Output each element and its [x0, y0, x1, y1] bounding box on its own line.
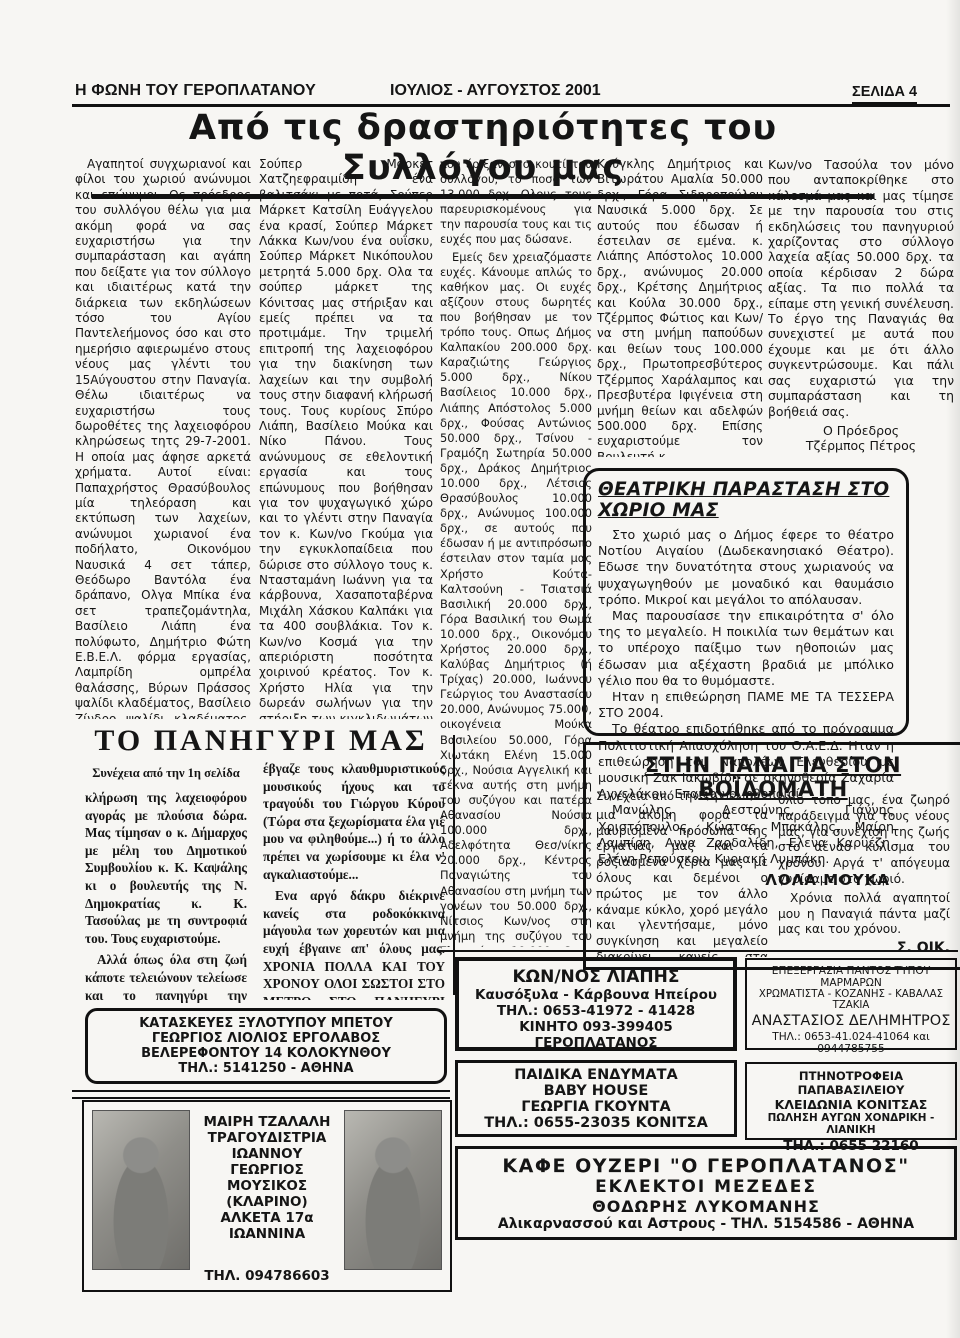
paragraph: Ηταν η επιθεώρηση ΠΑΜΕ ΜΕ ΤΑ ΤΕΣΣΕΡΑ ΣΤΟ…	[598, 689, 894, 721]
ad-title: ΚΩΝ/ΝΟΣ ΛΙΑΠΗΣ	[459, 967, 733, 987]
festival-left-column: Συνέχεια από την 1η σελίδα κλήρωση της λ…	[85, 766, 247, 1005]
issue-date: ΙΟΥΛΙΟΣ - ΑΥΓΟΥΣΤΟΣ 2001	[390, 82, 601, 100]
theatre-section-box: ΘΕΑΤΡΙΚΗ ΠΑΡΑΣΤΑΣΗ ΣΤΟ ΧΩΡΙΟ ΜΑΣ Στο χωρ…	[583, 468, 909, 736]
continuation-label: Συνέχεια από την 1η σελίδα	[596, 789, 768, 805]
horizontal-divider	[437, 950, 958, 952]
ad-line: ΓΕΩΡΓΙΑ ΓΚΟΥΝΤΑ	[458, 1099, 734, 1115]
festival-section-title: ΤΟ ΠΑΝΗΓΥΡΙ ΜΑΣ	[75, 724, 447, 758]
header-rule	[72, 104, 950, 107]
singer-photo	[92, 1110, 190, 1270]
ad-title: ΕΠΕΞΕΡΓΑΣΙΑ ΠΑΝΤΟΣ ΤΥΠΟΥ ΜΑΡΜΑΡΩΝ	[747, 965, 955, 989]
ad-phone: ΤΗΛ.: 0653-41.024-41064 και 0944785755	[747, 1031, 955, 1055]
paragraph: Χρόνια πολλά αγαπητοί μου η Παναγιά πάντ…	[778, 891, 950, 938]
ad-name: ΘΟΔΩΡΗΣ ΛΥΚΟΜΑΝΗΣ	[458, 1197, 954, 1216]
ad-marble: ΕΠΕΞΕΡΓΑΣΙΑ ΠΑΝΤΟΣ ΤΥΠΟΥ ΜΑΡΜΑΡΩΝ ΧΡΩΜΑΤ…	[745, 958, 957, 1050]
paragraph: Κων/νο Τασούλα τον μόνο που ανταποκρίθηκ…	[768, 157, 954, 419]
ad-line: ΙΩΑΝΝΙΝΑ	[194, 1226, 340, 1242]
paragraph: που έριξαν στο κουτί του συλλόγου, το πο…	[440, 157, 592, 248]
panagia-section-box: ΣΤΗΝ ΠΑΝΑΓΙΑ ΣΤΟΝ ΒΟΪΔΟΜΑΤΗ Συνέχεια από…	[583, 742, 960, 970]
ad-title: ΚΑΦΕ ΟΥΖΕΡΙ "Ο ΓΕΡΟΠΛΑΤΑΝΟΣ"	[458, 1155, 954, 1177]
ad-title: ΠΤΗΝΟΤΡΟΦΕΙΑ ΠΑΠΑΒΑΣΙΛΕΙΟΥ	[747, 1069, 955, 1097]
ad-phone: Αλικαρνασσού και Αστρους - ΤΗΛ. 5154586 …	[458, 1216, 954, 1232]
ad-line: ΠΩΛΗΣΗ ΑΥΓΩΝ ΧΟΝΔΡΙΚΗ - ΛΙΑΝΙΚΗ	[747, 1112, 955, 1136]
article-column-5: Κων/νο Τασούλα τον μόνο που ανταποκρίθηκ…	[768, 157, 954, 457]
ad-phone: ΚΙΝΗΤΟ 093-399405	[459, 1019, 733, 1035]
ad-line: ΤΖΑΚΙΑ	[747, 1000, 955, 1011]
ad-line: ΜΟΥΣΙΚΟΣ	[194, 1178, 340, 1194]
ad-singer: ΜΑΙΡΗ ΤΖΑΛΑΛΗ ΤΡΑΓΟΥΔΙΣΤΡΙΑ ΙΩΑΝΝΟΥ ΓΕΩΡ…	[82, 1100, 452, 1292]
ad-line: ΙΩΑΝΝΟΥ ΓΕΩΡΓΙΟΣ	[194, 1146, 340, 1178]
ad-poultry: ΠΤΗΝΟΤΡΟΦΕΙΑ ΠΑΠΑΒΑΣΙΛΕΙΟΥ ΚΛΕΙΔΩΝΙΑ ΚΟΝ…	[745, 1062, 957, 1140]
ad-title: ΠΑΙΔΙΚΑ ΕΝΔΥΜΑΤΑ	[458, 1067, 734, 1083]
paragraph: Αγαπητοί συγχωριανοί και φίλοι του χωριο…	[75, 157, 251, 719]
paragraph: Ενα αργό δάκρυ διέκρινε κανείς στα ροδοκ…	[263, 887, 445, 1000]
ad-line: ΤΗΛ.: 5141250 - ΑΘΗΝΑ	[88, 1061, 444, 1076]
article-column-2: Σούπερ Μάρκετ Χατζηεφραιμίδη ένα βαλιτσά…	[259, 157, 433, 719]
ad-line: BABY HOUSE	[458, 1083, 734, 1099]
ad-line: ΒΕΛΕΡΕΦΟΝΤΟΥ 14 ΚΟΛΟΚΥΝΘΟΥ	[88, 1046, 444, 1061]
ad-line: ΜΑΙΡΗ ΤΖΑΛΑΛΗ	[194, 1114, 340, 1130]
ad-line: ΚΛΕΙΔΩΝΙΑ ΚΟΝΙΤΣΑΣ	[747, 1097, 955, 1112]
ad-phone: ΤΗΛ.: 0655-23035 ΚΟΝΙΤΣΑ	[458, 1115, 734, 1131]
continuation-label: Συνέχεια από την 1η σελίδα	[85, 766, 247, 781]
ad-liapis: ΚΩΝ/ΝΟΣ ΛΙΑΠΗΣ Καυσόξυλα - Κάρβουνα Ηπεί…	[455, 957, 737, 1051]
paragraph: κλήρωση της λαχειοφόρου αγοράς με πλούσι…	[85, 789, 247, 947]
ad-name: ΑΝΑΣΤΑΣΙΟΣ ΔΕΛΗΜΗΤΡΟΣ	[747, 1013, 955, 1029]
signature-name: Τζέρμπος Πέτρος	[768, 438, 954, 453]
musician-photo	[344, 1110, 442, 1270]
ad-line: ΚΑΤΑΣΚΕΥΕΣ ΞΥΛΟΤΥΠΟΥ ΜΠΕΤΟΥ	[88, 1016, 444, 1031]
ad-line: (ΚΛΑΡΙΝΟ)	[194, 1194, 340, 1210]
ad-line: ΧΡΩΜΑΤΙΣΤΑ - ΚΟΖΑΝΗΣ - ΚΑΒΑΛΑΣ	[747, 989, 955, 1000]
paragraph: Σούπερ Μάρκετ Χατζηεφραιμίδη ένα βαλιτσά…	[259, 157, 433, 719]
paragraph: Εμείς δεν χρειαζόμαστε ευχές. Κάνουμε απ…	[440, 250, 592, 947]
panagia-right-column: θλιο τόπο μας, ένα ζωηρό παράδειγμα για …	[778, 793, 950, 957]
ad-line: ΕΚΛΕΚΤΟΙ ΜΕΖΕΔΕΣ	[458, 1177, 954, 1197]
ad-line: ΑΛΚΕΤΑ 17α	[194, 1210, 340, 1226]
paragraph: Κούγκλης Δημήτριος και Βιτωράτου Αμαλία …	[597, 157, 763, 457]
signature-role: Ο Πρόεδρος	[768, 423, 954, 438]
article-column-4: Κούγκλης Δημήτριος και Βιτωράτου Αμαλία …	[597, 157, 763, 457]
ad-baby-house: ΠΑΙΔΙΚΑ ΕΝΔΥΜΑΤΑ BABY HOUSE ΓΕΩΡΓΙΑ ΓΚΟΥ…	[455, 1060, 737, 1137]
festival-right-column: έβγαζε τους κλαυθμυριστικούς μουσικούς ή…	[263, 760, 445, 1000]
vertical-divider	[453, 735, 455, 995]
double-rule	[72, 1090, 450, 1099]
paragraph: θλιο τόπο μας, ένα ζωηρό παράδειγμα για …	[778, 793, 950, 888]
ad-woodwork: ΚΑΤΑΣΚΕΥΕΣ ΞΥΛΟΤΥΠΟΥ ΜΠΕΤΟΥ ΓΕΩΡΓΙΟΣ ΛΙΟ…	[85, 1008, 447, 1084]
page-number-label: ΣΕΛΙΔΑ 4	[852, 84, 917, 104]
ad-line: ΓΕΩΡΓΙΟΣ ΛΙΟΛΙΟΣ ΕΡΓΟΛΑΒΟΣ	[88, 1031, 444, 1046]
newspaper-page: Η ΦΩΝΗ ΤΟΥ ΓΕΡΟΠΛΑΤΑΝΟΥ ΙΟΥΛΙΟΣ - ΑΥΓΟΥΣ…	[0, 0, 960, 1338]
article-column-3: που έριξαν στο κουτί του συλλόγου, το πο…	[440, 157, 592, 947]
ad-phone: ΤΗΛ.: 0653-41972 - 41428	[459, 1003, 733, 1019]
ad-phone: ΤΗΛ. 094786603	[144, 1268, 390, 1284]
theatre-section-title: ΘΕΑΤΡΙΚΗ ΠΑΡΑΣΤΑΣΗ ΣΤΟ ΧΩΡΙΟ ΜΑΣ	[598, 479, 894, 521]
paragraph: Αλλά όπως όλα στη ζωή κάποτε τελειώνουν …	[85, 951, 247, 1005]
article-column-1: Αγαπητοί συγχωριανοί και φίλοι του χωριο…	[75, 157, 251, 719]
newspaper-masthead: Η ΦΩΝΗ ΤΟΥ ΓΕΡΟΠΛΑΤΑΝΟΥ	[75, 82, 316, 100]
ad-cafe: ΚΑΦΕ ΟΥΖΕΡΙ "Ο ΓΕΡΟΠΛΑΤΑΝΟΣ" ΕΚΛΕΚΤΟΙ ΜΕ…	[455, 1146, 957, 1240]
panagia-left-column: Συνέχεια από την 1η σελίδα μια ακόμη φορ…	[596, 789, 768, 957]
ad-line: ΤΡΑΓΟΥΔΙΣΤΡΙΑ	[194, 1130, 340, 1146]
paragraph: μια ακόμη φορά τα μαυρισμένα πρόσωπα της…	[596, 808, 768, 957]
paragraph: Στο χωριό μας ο Δήμος έφερε το θέατρο Νο…	[598, 527, 894, 608]
ad-line: Καυσόξυλα - Κάρβουνα Ηπείρου	[459, 987, 733, 1003]
paragraph: έβγαζε τους κλαυθμυριστικούς μουσικούς ή…	[263, 760, 445, 883]
paragraph: Μας παρουσίασε την επικαιρότητα σ' όλο τ…	[598, 608, 894, 689]
ad-line: ΓΕΡΟΠΛΑΤΑΝΟΣ	[459, 1035, 733, 1051]
